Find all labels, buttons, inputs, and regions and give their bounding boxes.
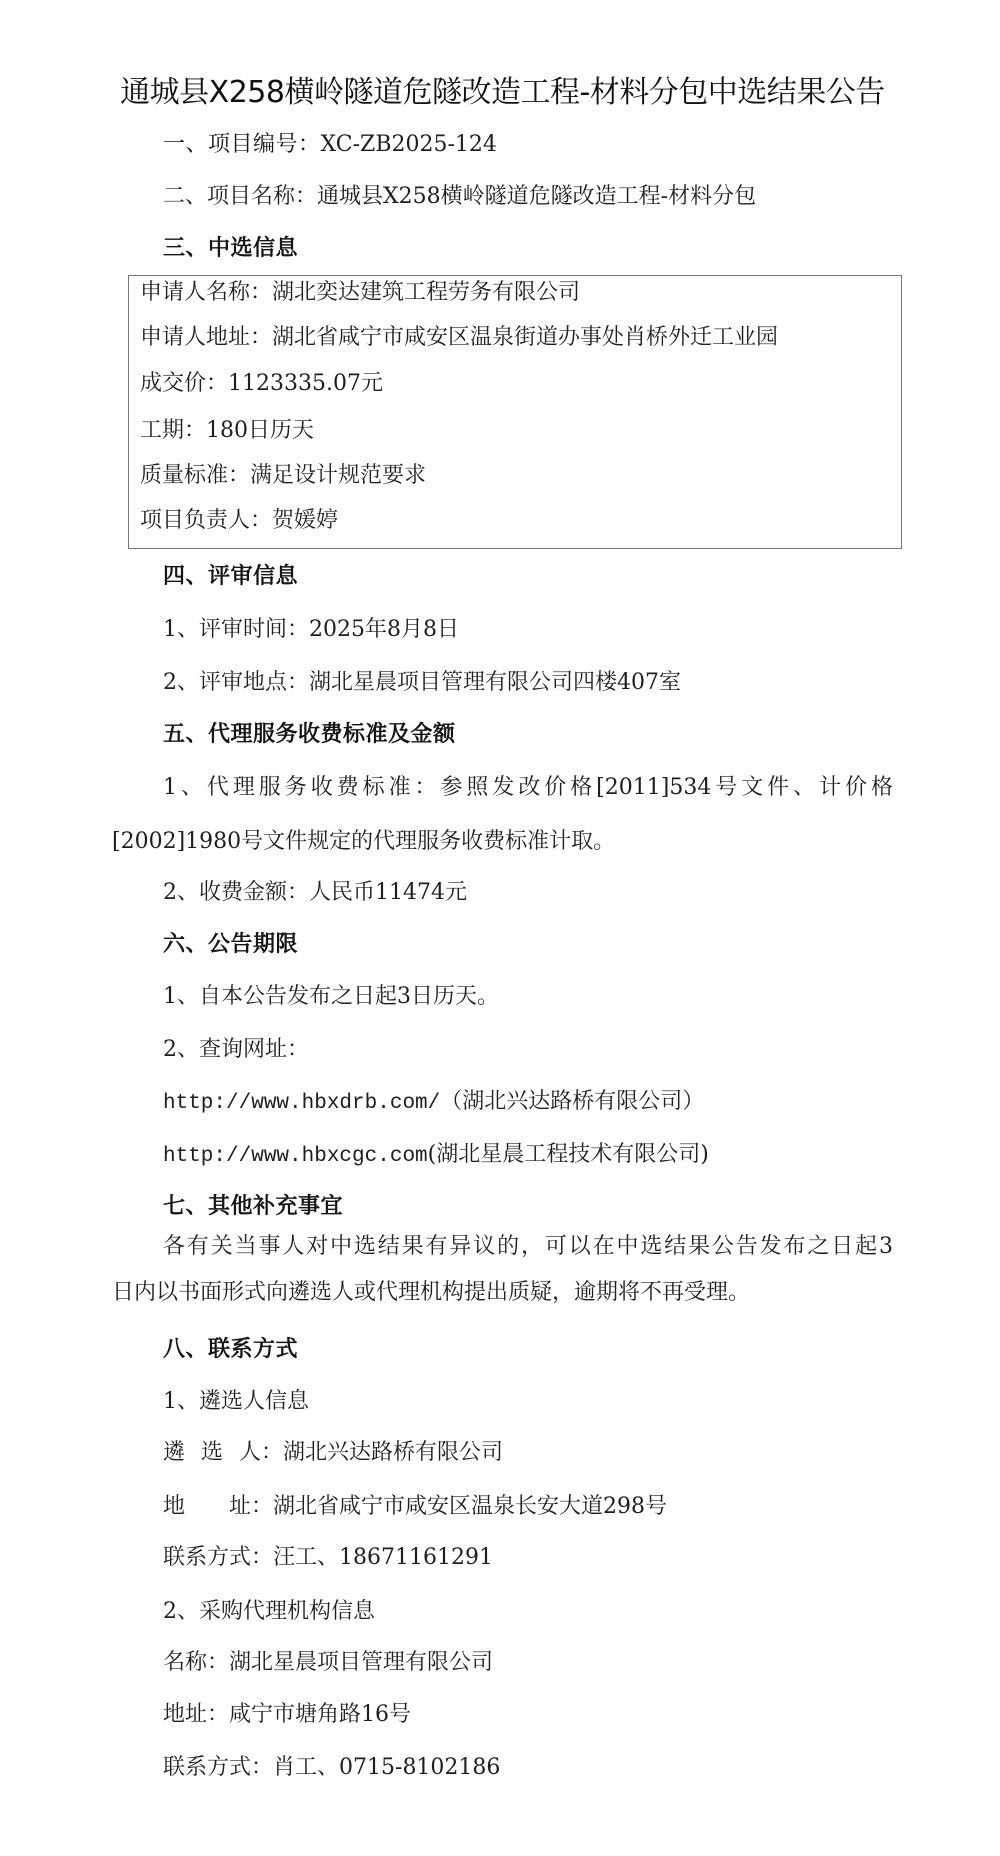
selector-name-value: 湖北兴达路桥有限公司 [283, 1440, 503, 1465]
selector-name-label-char-2: 选 [201, 1440, 223, 1465]
applicant-address-row: 申请人地址：湖北省咸宁市咸安区温泉街道办事处肖桥外迁工业园 [140, 323, 778, 353]
applicant-name-label: 申请人名称： [140, 280, 272, 305]
section-heading-review-info: 四、评审信息 [163, 562, 298, 592]
applicant-address-value: 湖北省咸宁市咸安区温泉街道办事处肖桥外迁工业园 [272, 325, 778, 350]
other-matters-line-2: 日内以书面形式向遴选人或代理机构提出质疑，逾期将不再受理。 [112, 1278, 750, 1308]
selector-address-label-char-2: 址： [229, 1494, 273, 1519]
fee-standard-line-2: [2002]1980号文件规定的代理服务收费标准计取。 [112, 827, 615, 857]
section-heading-agency-fee: 五、代理服务收费标准及金额 [163, 720, 456, 750]
selector-name-label-char-1: 遴 [163, 1440, 185, 1465]
page-title: 通城县X258横岭隧道危隧改造工程-材料分包中选结果公告 [112, 73, 893, 113]
notice-period-line: 1、自本公告发布之日起3日历天。 [163, 982, 499, 1012]
deal-price-row: 成交价：1123335.07元 [140, 369, 383, 399]
duration-row: 工期：180日历天 [140, 416, 314, 446]
selector-name-label-char-3: 人： [239, 1440, 283, 1465]
url-link-hbxcgc[interactable]: http://www.hbxcgc.com [163, 1145, 428, 1168]
fee-amount-label: 2、收费金额： [163, 880, 309, 905]
project-name-label: 二、项目名称： [163, 184, 317, 209]
selection-info-box: 申请人名称：湖北奕达建筑工程劳务有限公司 申请人地址：湖北省咸宁市咸安区温泉街道… [128, 275, 902, 549]
applicant-name-row: 申请人名称：湖北奕达建筑工程劳务有限公司 [140, 278, 580, 308]
query-url-line-2: http://www.hbxcgc.com(湖北星晨工程技术有限公司) [163, 1140, 709, 1170]
section-heading-other-matters: 七、其他补充事宜 [163, 1192, 343, 1222]
project-name-value: 通城县X258横岭隧道危隧改造工程-材料分包 [317, 184, 756, 209]
quality-standard-row: 质量标准：满足设计规范要求 [140, 461, 426, 491]
selector-address-line: 地址：湖北省咸宁市咸安区温泉长安大道298号 [163, 1492, 667, 1522]
agency-address-label: 地址： [163, 1702, 229, 1727]
project-number-value: XC-ZB2025-124 [321, 132, 497, 157]
selector-address-value: 湖北省咸宁市咸安区温泉长安大道298号 [273, 1494, 667, 1519]
url-owner-hbxdrb: （湖北兴达路桥有限公司） [440, 1089, 704, 1114]
review-location-value: 湖北星晨项目管理有限公司四楼407室 [309, 670, 681, 695]
fee-amount-value: 人民币11474元 [309, 880, 467, 905]
quality-standard-value: 满足设计规范要求 [250, 463, 426, 488]
url-link-hbxdrb[interactable]: http://www.hbxdrb.com/ [163, 1092, 440, 1115]
selector-info-heading: 1、遴选人信息 [163, 1387, 309, 1417]
agency-contact-label: 联系方式： [163, 1755, 273, 1780]
duration-label: 工期： [140, 418, 206, 443]
agency-name-line: 名称：湖北星晨项目管理有限公司 [163, 1648, 493, 1678]
selector-contact-value: 汪工、18671161291 [273, 1545, 493, 1570]
announcement-page: 通城县X258横岭隧道危隧改造工程-材料分包中选结果公告 一、项目编号：XC-Z… [0, 0, 1000, 1856]
review-location-label: 2、评审地点： [163, 670, 309, 695]
project-manager-label: 项目负责人： [140, 508, 272, 533]
deal-price-value: 1123335.07元 [228, 371, 383, 396]
selector-contact-line: 联系方式：汪工、18671161291 [163, 1543, 493, 1573]
deal-price-label: 成交价： [140, 371, 228, 396]
agency-contact-line: 联系方式：肖工、0715-8102186 [163, 1753, 500, 1783]
selector-address-label-char-1: 地 [163, 1494, 185, 1519]
project-manager-value: 贺媛婷 [272, 508, 338, 533]
agency-info-heading: 2、采购代理机构信息 [163, 1597, 375, 1627]
query-url-label: 2、查询网址： [163, 1035, 309, 1065]
section-heading-notice-period: 六、公告期限 [163, 930, 298, 960]
url-owner-hbxcgc: (湖北星晨工程技术有限公司) [428, 1142, 709, 1167]
agency-contact-value: 肖工、0715-8102186 [273, 1755, 500, 1780]
agency-name-value: 湖北星晨项目管理有限公司 [229, 1650, 493, 1675]
fee-amount-line: 2、收费金额：人民币11474元 [163, 878, 467, 908]
agency-name-label: 名称： [163, 1650, 229, 1675]
project-number-line: 一、项目编号：XC-ZB2025-124 [163, 130, 497, 160]
section-heading-selection-info: 三、中选信息 [163, 234, 298, 264]
review-time-value: 2025年8月8日 [309, 617, 459, 642]
applicant-address-label: 申请人地址： [140, 325, 272, 350]
agency-address-line: 地址：咸宁市塘角路16号 [163, 1700, 411, 1730]
duration-value: 180日历天 [206, 418, 314, 443]
agency-address-value: 咸宁市塘角路16号 [229, 1702, 411, 1727]
project-number-label: 一、项目编号： [163, 132, 321, 157]
project-manager-row: 项目负责人：贺媛婷 [140, 506, 338, 536]
review-time-label: 1、评审时间： [163, 617, 309, 642]
applicant-name-value: 湖北奕达建筑工程劳务有限公司 [272, 280, 580, 305]
selector-name-line: 遴选人：湖北兴达路桥有限公司 [163, 1438, 503, 1468]
section-heading-contact: 八、联系方式 [163, 1335, 298, 1365]
review-time-line: 1、评审时间：2025年8月8日 [163, 615, 459, 645]
review-location-line: 2、评审地点：湖北星晨项目管理有限公司四楼407室 [163, 668, 681, 698]
fee-standard-line-1: 1、代理服务收费标准：参照发改价格[2011]534号文件、计价格 [163, 773, 893, 803]
quality-standard-label: 质量标准： [140, 463, 250, 488]
query-url-line-1: http://www.hbxdrb.com/（湖北兴达路桥有限公司） [163, 1087, 704, 1117]
project-name-line: 二、项目名称：通城县X258横岭隧道危隧改造工程-材料分包 [163, 182, 756, 212]
other-matters-line-1: 各有关当事人对中选结果有异议的，可以在中选结果公告发布之日起3 [163, 1232, 893, 1262]
selector-contact-label: 联系方式： [163, 1545, 273, 1570]
